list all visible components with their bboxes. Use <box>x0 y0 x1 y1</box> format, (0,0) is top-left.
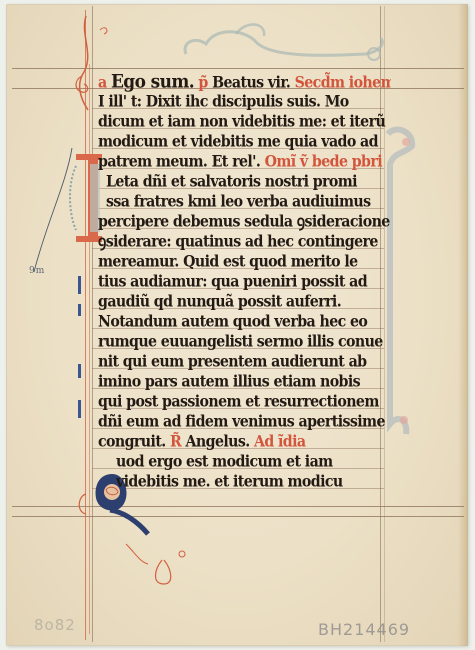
marginal-note: 9m <box>29 266 45 276</box>
leaf-edge-shading <box>458 4 468 646</box>
pencil-note-bottom-left: 8o82 <box>34 616 76 634</box>
left-marginal-pen-stroke <box>26 144 86 284</box>
manuscript-leaf: 9m a Ego sum. p̃ Beatus vir. Secd̃m iohe… <box>6 4 468 646</box>
top-dragon-flourish <box>176 14 396 74</box>
pencil-shelfmark: BH214469 <box>318 620 410 639</box>
text-line-21: videbitis me. et iterum modicu <box>116 471 391 493</box>
